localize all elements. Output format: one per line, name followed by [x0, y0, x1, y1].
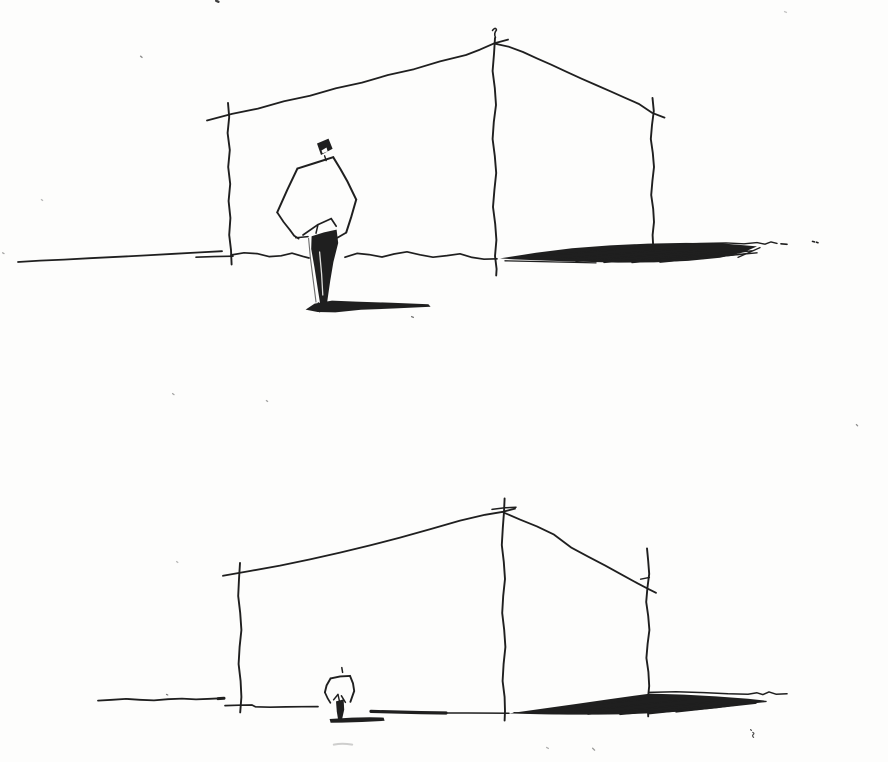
ground-line-left: [98, 698, 223, 700]
ground-line-dot: [167, 694, 168, 695]
ridge-apex-curl: [493, 28, 497, 37]
shadow-tail-dot-1: [813, 241, 815, 242]
paper-speck-e: [266, 401, 267, 402]
tree-canopy-right-lower: [346, 200, 356, 233]
tree-canopy-right-upper: [333, 157, 356, 199]
tree-branch-a: [334, 694, 338, 699]
shadow-tail-dash: [781, 244, 787, 245]
tree-knot-fill: [317, 139, 333, 155]
tree-branch-b: [331, 219, 336, 227]
tree-canopy-right: [350, 676, 354, 702]
paper-speck-a: [141, 56, 142, 57]
tree-canopy-hook-tick: [296, 237, 308, 238]
paper-speck-d: [785, 12, 787, 13]
tree-shadow-fill: [330, 717, 385, 723]
paper-speck-b: [593, 748, 595, 750]
paper-speck-b: [41, 200, 42, 201]
sketch-canvas: [0, 0, 888, 762]
tree-canopy-left-lower: [277, 212, 290, 230]
left-post: [238, 563, 241, 712]
ground-line-mid: [225, 705, 318, 707]
shadow-tail-dot-2: [817, 242, 819, 243]
tree-canopy-hook: [325, 692, 331, 702]
paper-speck-c: [3, 253, 4, 254]
ground-line-mid: [231, 253, 309, 258]
left-post: [228, 103, 232, 265]
roof-rising-edge: [207, 40, 508, 121]
upper-house-elevation-sketch: [3, 1, 818, 318]
paper-speck-f: [177, 562, 178, 563]
ground-line-overlap: [196, 256, 233, 257]
paper-speck-top-edge: [216, 1, 218, 2]
dark-ground-segment: [371, 711, 446, 713]
tree-canopy-top: [297, 157, 333, 168]
stray-squiggle-mark: [751, 730, 754, 738]
tree-canopy-left: [277, 169, 297, 213]
sketch-page: [0, 0, 888, 762]
tree-smudge: [334, 744, 352, 745]
ground-line-right-of-tree: [345, 252, 497, 259]
roof-falling-edge: [494, 44, 665, 118]
paper-speck-d: [173, 394, 174, 395]
roof-rising-edge: [223, 509, 515, 576]
tree-shadow-fill: [306, 301, 431, 313]
tree-canopy-left: [325, 678, 331, 692]
tree-canopy-top: [331, 676, 350, 679]
tree-trunk-fill: [336, 699, 344, 721]
middle-post: [493, 38, 497, 276]
right-post: [651, 98, 654, 247]
paper-speck-a: [547, 747, 549, 748]
roof-falling-edge: [503, 512, 656, 592]
middle-post: [502, 498, 506, 720]
right-post: [646, 548, 649, 716]
ground-line-left: [18, 251, 222, 262]
tree-top-tick: [342, 668, 343, 673]
tree-shadow-speck: [412, 317, 414, 318]
lower-house-elevation-sketch: [98, 394, 858, 751]
paper-speck-c: [856, 425, 857, 426]
